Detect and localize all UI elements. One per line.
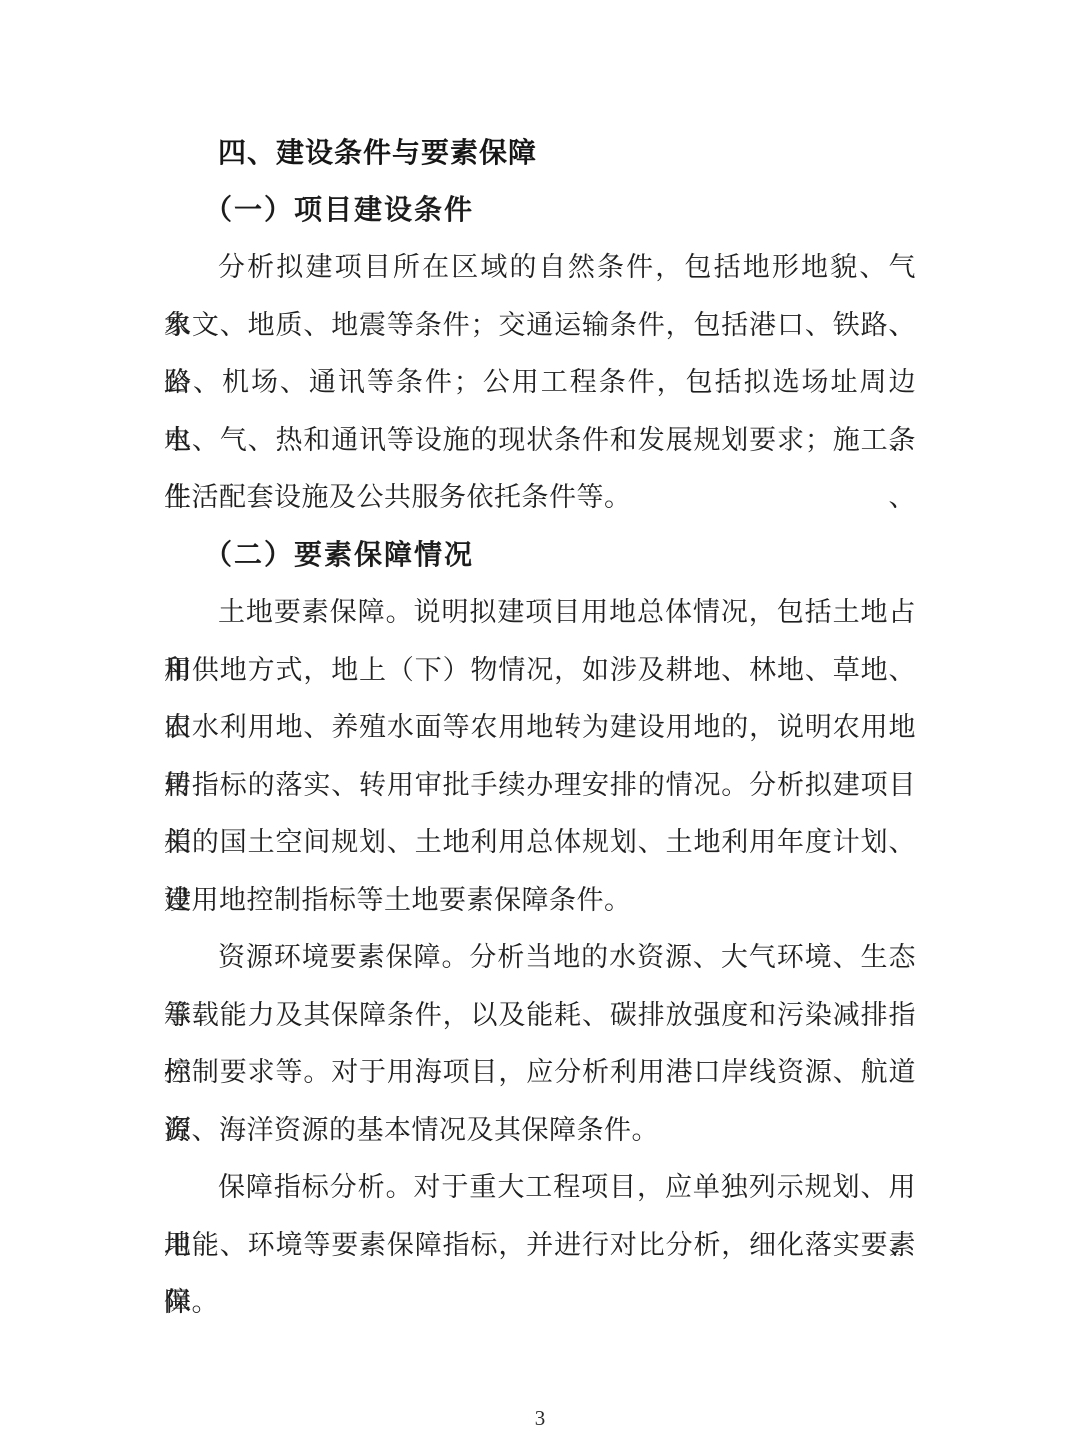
body-line: 用指标的落实、转用审批手续办理安排的情况。分析拟建项目相 (164, 757, 916, 815)
subsection-title-1: （一）项目建设条件 (164, 182, 916, 240)
body-line: 控制要求等。对于用海项目，应分析利用港口岸线资源、航道资 (164, 1044, 916, 1102)
body-line: 用能、环境等要素保障指标，并进行对比分析，细化落实要素保 (164, 1217, 916, 1275)
page-number: 3 (0, 1406, 1080, 1431)
document-page: 四、建设条件与要素保障 （一）项目建设条件 分析拟建项目所在区域的自然条件，包括… (0, 0, 1080, 1450)
document-content: 四、建设条件与要素保障 （一）项目建设条件 分析拟建项目所在区域的自然条件，包括… (164, 124, 916, 1332)
body-line: 土地要素保障。说明拟建项目用地总体情况，包括土地占用 (164, 584, 916, 642)
body-line: 保障指标分析。对于重大工程项目，应单独列示规划、用地、 (164, 1159, 916, 1217)
body-line: 电、气、热和通讯等设施的现状条件和发展规划要求；施工条件、 (164, 412, 916, 470)
body-line: 障。 (164, 1274, 916, 1332)
body-line: 分析拟建项目所在区域的自然条件，包括地形地貌、气象、 (164, 239, 916, 297)
body-line: 田水利用地、养殖水面等农用地转为建设用地的，说明农用地转 (164, 699, 916, 757)
body-line: 关的国土空间规划、土地利用总体规划、土地利用年度计划、建 (164, 814, 916, 872)
body-line: 承载能力及其保障条件，以及能耗、碳排放强度和污染减排指标 (164, 987, 916, 1045)
body-line: 资源环境要素保障。分析当地的水资源、大气环境、生态等 (164, 929, 916, 987)
section-heading: 四、建设条件与要素保障 (164, 124, 916, 182)
subsection-title-2: （二）要素保障情况 (164, 527, 916, 585)
body-line: 和供地方式，地上（下）物情况，如涉及耕地、林地、草地、农 (164, 642, 916, 700)
body-line: 源、海洋资源的基本情况及其保障条件。 (164, 1102, 916, 1160)
body-line: 设用地控制指标等土地要素保障条件。 (164, 872, 916, 930)
body-line: 水文、地质、地震等条件；交通运输条件，包括港口、铁路、公 (164, 297, 916, 355)
body-line: 路、机场、通讯等条件；公用工程条件，包括拟选场址周边水、 (164, 354, 916, 412)
